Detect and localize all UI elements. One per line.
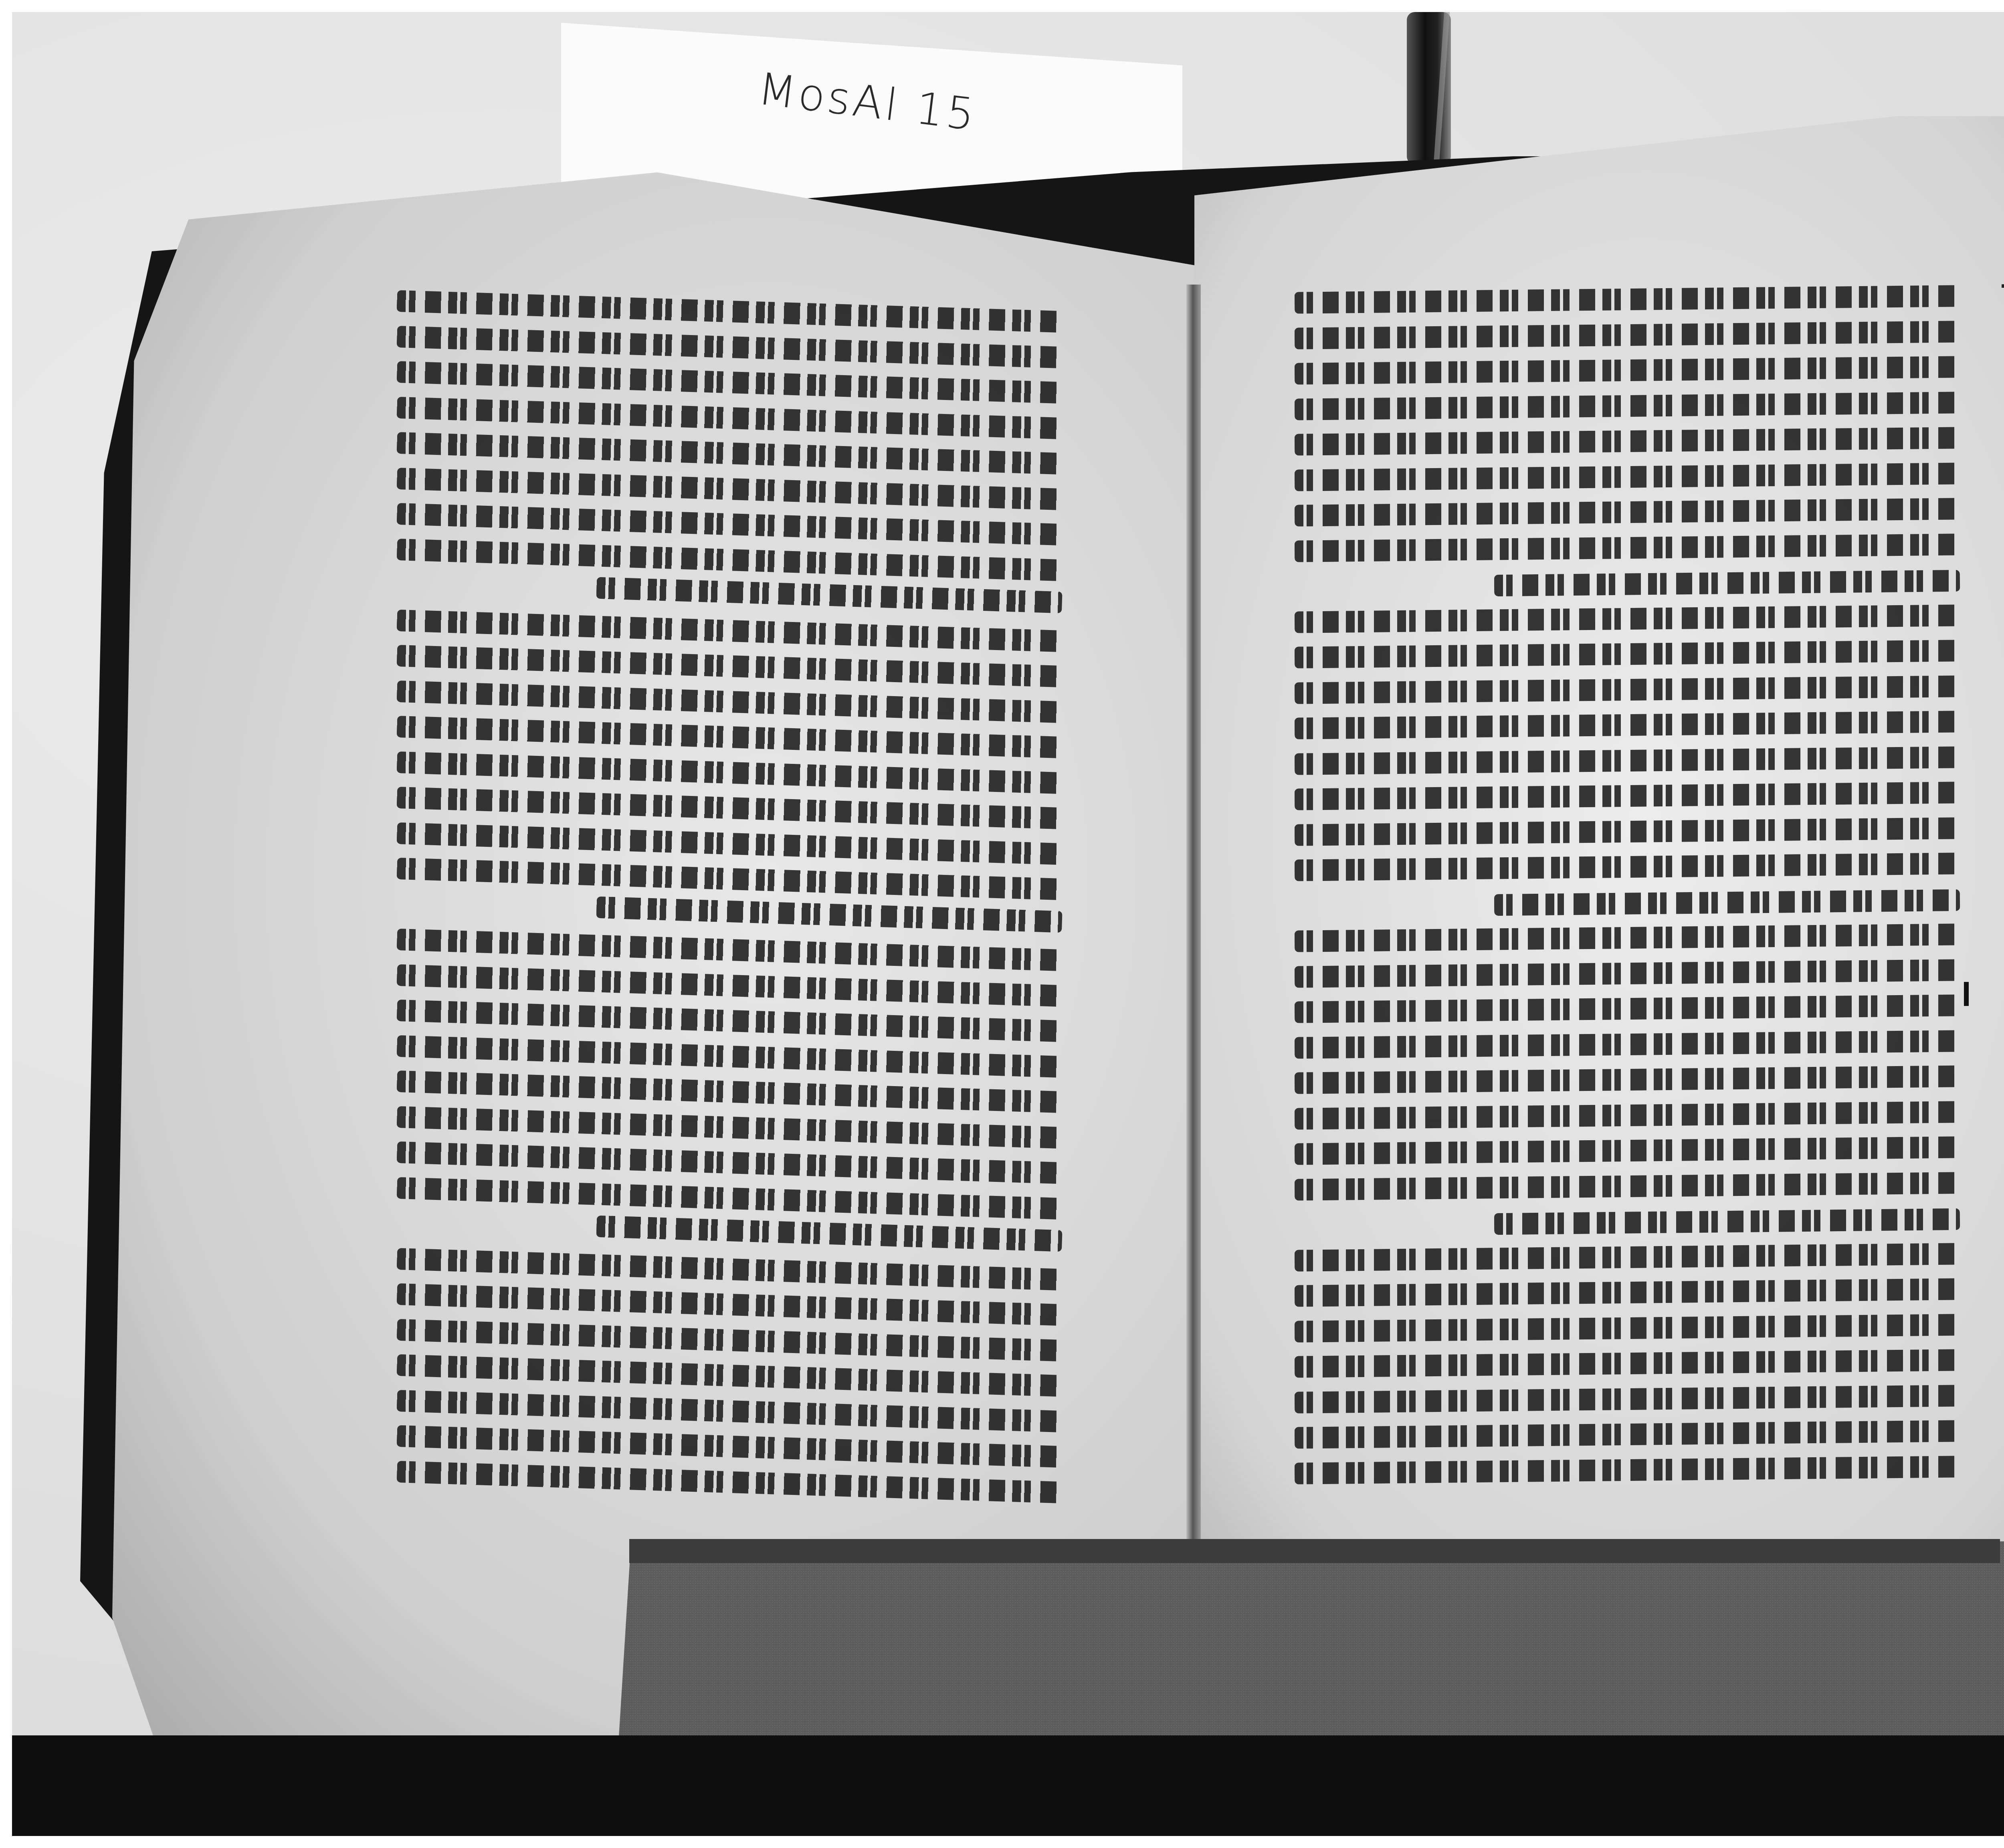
script-line (397, 680, 1063, 723)
script-line (397, 1000, 1063, 1042)
script-line (1494, 570, 1960, 596)
script-line (1295, 994, 1960, 1023)
script-line (397, 716, 1063, 758)
script-line (1295, 1065, 1960, 1094)
script-line (397, 1319, 1063, 1361)
script-line (1295, 1456, 1960, 1484)
right-page-text (1295, 289, 1960, 1495)
script-line (397, 1354, 1063, 1397)
script-line (1295, 1136, 1960, 1165)
script-line (596, 896, 1062, 932)
script-line (1295, 1314, 1960, 1342)
margin-dot (1964, 982, 1969, 1006)
floor-shadow (12, 1735, 2004, 1836)
script-line (397, 503, 1063, 545)
script-line (397, 1283, 1063, 1326)
script-line (397, 929, 1063, 971)
script-line (1295, 640, 1960, 668)
script-line (397, 1106, 1063, 1148)
script-line (397, 645, 1063, 687)
script-line (397, 609, 1063, 652)
script-line (397, 858, 1063, 900)
book-gutter (1186, 285, 1201, 1547)
script-line (1295, 427, 1960, 455)
script-line (1295, 1349, 1960, 1377)
script-line (397, 432, 1063, 475)
script-line (596, 1216, 1062, 1252)
script-line (596, 577, 1062, 613)
script-line (1295, 959, 1960, 988)
script-line (397, 467, 1063, 510)
script-line (397, 751, 1063, 794)
script-line (397, 787, 1063, 829)
script-line (397, 325, 1063, 368)
script-line (1295, 285, 1960, 313)
script-line (1295, 782, 1960, 810)
script-line (1295, 817, 1960, 846)
display-stand-rim (629, 1539, 2000, 1563)
script-line (1295, 1172, 1960, 1200)
script-line (397, 1141, 1063, 1184)
script-line (1295, 1101, 1960, 1129)
script-line (397, 538, 1063, 581)
script-line (1295, 1385, 1960, 1413)
script-line (1295, 392, 1960, 420)
script-line (1295, 1278, 1960, 1307)
photo-frame: MosAl 15 ∴ (12, 12, 2004, 1836)
script-line (397, 964, 1063, 1006)
script-line (397, 361, 1063, 404)
script-line (1295, 852, 1960, 881)
script-line (1295, 463, 1960, 491)
script-line (397, 1177, 1063, 1219)
script-line (1295, 604, 1960, 633)
script-line (397, 822, 1063, 864)
script-line (1295, 1243, 1960, 1271)
script-line (1295, 1030, 1960, 1058)
script-line (1295, 498, 1960, 526)
script-line (397, 1460, 1063, 1503)
script-line (1295, 321, 1960, 349)
script-line (1295, 746, 1960, 775)
script-line (1295, 533, 1960, 562)
script-line (397, 1070, 1063, 1113)
script-line (397, 1390, 1063, 1432)
script-line (397, 396, 1063, 439)
margin-mark: ∴ (2000, 265, 2004, 297)
script-line (397, 1425, 1063, 1468)
script-line (1295, 356, 1960, 384)
script-line (1295, 711, 1960, 739)
left-page-text (397, 301, 1062, 1507)
script-line (1295, 1420, 1960, 1448)
script-line (1494, 1208, 1960, 1235)
script-line (397, 1035, 1063, 1077)
manuscript-label: MosAl 15 (755, 63, 980, 141)
script-line (1494, 889, 1960, 915)
script-line (1295, 675, 1960, 704)
script-line (1295, 923, 1960, 952)
script-line (397, 1248, 1063, 1290)
